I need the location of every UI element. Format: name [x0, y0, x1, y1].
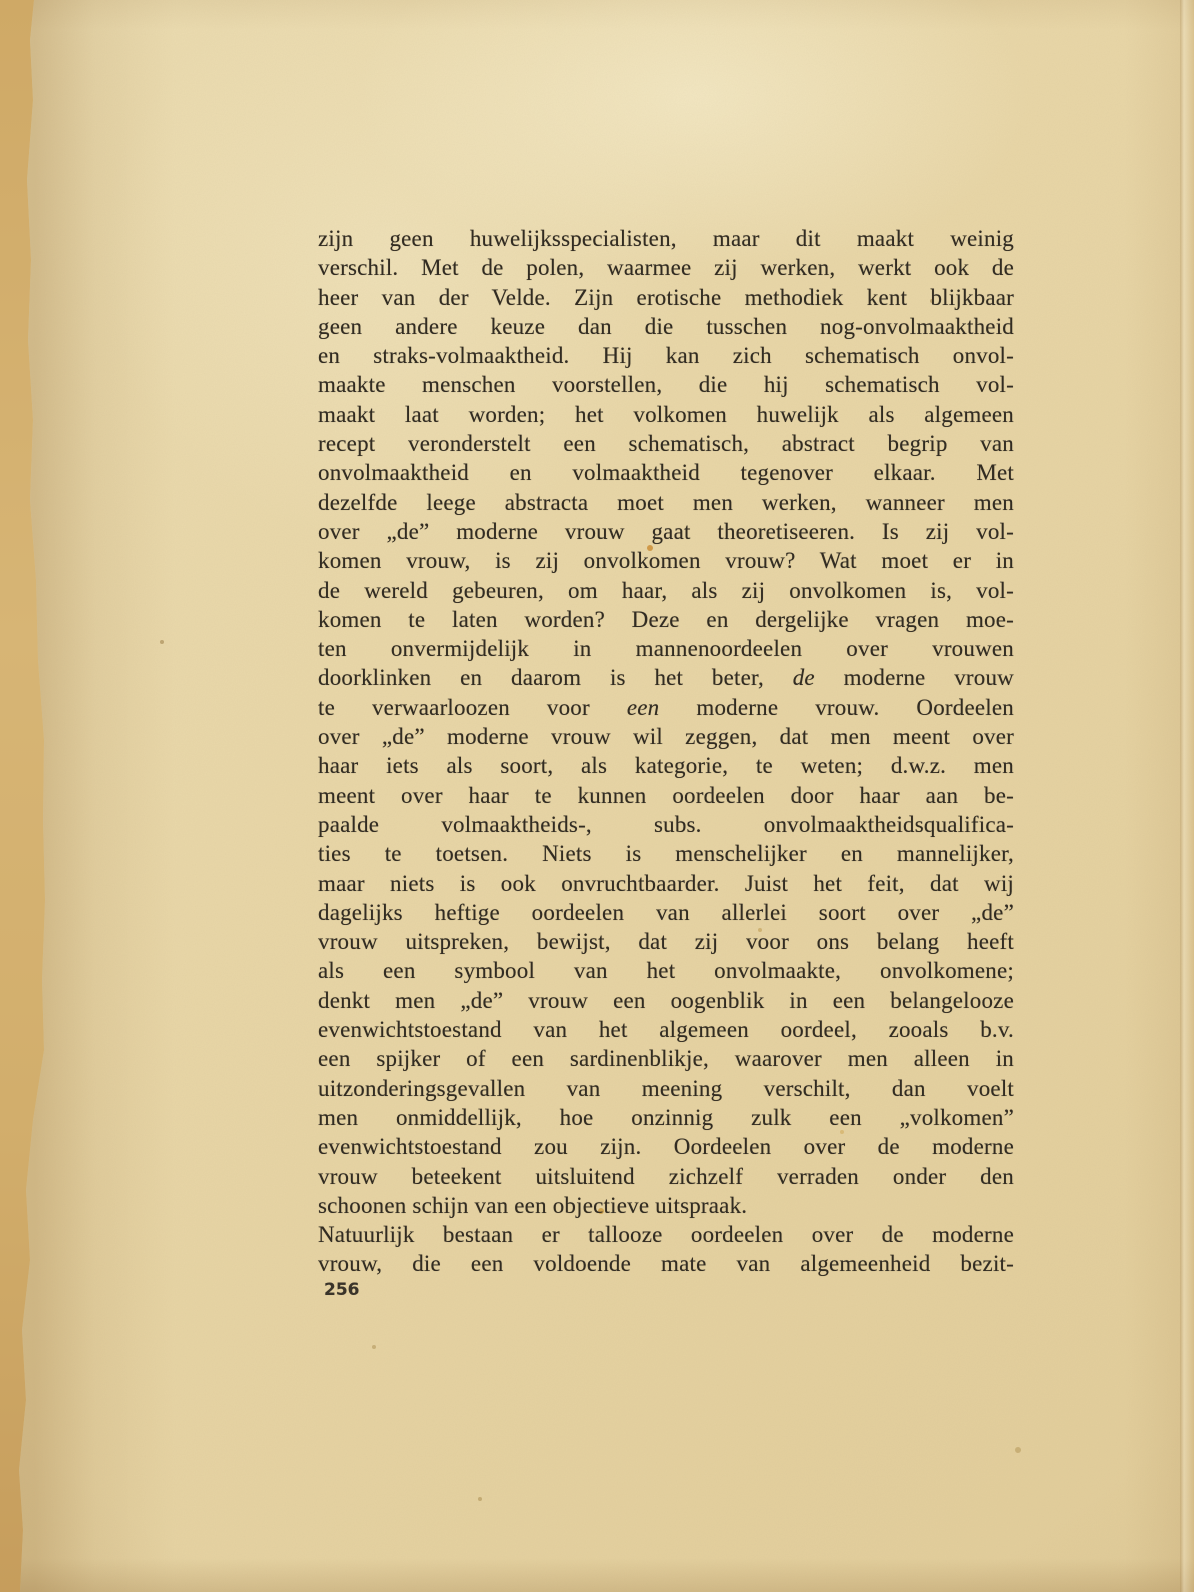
text-line: evenwichtstoestand zou zijn. Oordeelen o… — [318, 1132, 1014, 1161]
text-line: evenwichtstoestand van het algemeen oord… — [318, 1015, 1014, 1044]
text-line: vrouw, die een voldoende mate van algeme… — [318, 1249, 1014, 1278]
text-line: dezelfde leege abstracta moet men werken… — [318, 488, 1014, 517]
page-number: 256 — [324, 1280, 360, 1300]
text-line: zijn geen huwelijksspecialisten, maar di… — [318, 224, 1014, 253]
text-line: uitzonderingsgevallen van meening versch… — [318, 1074, 1014, 1103]
text-line: als een symbool van het onvolmaakte, onv… — [318, 956, 1014, 985]
text-line: komen te laten worden? Deze en dergelijk… — [318, 605, 1014, 634]
page-text: zijn geen huwelijksspecialisten, maar di… — [318, 224, 1014, 1279]
text-line: meent over haar te kunnen oordeelen door… — [318, 781, 1014, 810]
text-line: ties te toetsen. Niets is menschelijker … — [318, 839, 1014, 868]
text-line: komen vrouw, is zij onvolkomen vrouw? Wa… — [318, 546, 1014, 575]
fore-edge-crease — [1180, 0, 1194, 1592]
text-line: Natuurlijk bestaan er tallooze oordeelen… — [318, 1220, 1014, 1249]
text-line: maakt laat worden; het volkomen huwelijk… — [318, 400, 1014, 429]
text-line: maakte menschen voorstellen, die hij sch… — [318, 370, 1014, 399]
text-line: over „de” moderne vrouw wil zeggen, dat … — [318, 722, 1014, 751]
text-line: doorklinken en daarom is het beter, de m… — [318, 663, 1014, 692]
text-line: haar iets als soort, als kategorie, te w… — [318, 751, 1014, 780]
text-line: men onmiddellijk, hoe onzinnig zulk een … — [318, 1103, 1014, 1132]
text-line: verschil. Met de polen, waarmee zij werk… — [318, 253, 1014, 282]
text-line: vrouw beteekent uitsluitend zichzelf ver… — [318, 1162, 1014, 1191]
text-line: recept veronderstelt een schematisch, ab… — [318, 429, 1014, 458]
text-line: heer van der Velde. Zijn erotische metho… — [318, 283, 1014, 312]
text-line: onvolmaaktheid en volmaaktheid tegenover… — [318, 458, 1014, 487]
text-line: denkt men „de” vrouw een oogenblik in ee… — [318, 986, 1014, 1015]
text-line: de wereld gebeuren, om haar, als zij onv… — [318, 576, 1014, 605]
text-line: ten onvermijdelijk in mannenoordeelen ov… — [318, 634, 1014, 663]
text-line: een spijker of een sardinenblikje, waaro… — [318, 1044, 1014, 1073]
text-line: paalde volmaaktheids-, subs. onvolmaakth… — [318, 810, 1014, 839]
text-line: maar niets is ook onvruchtbaarder. Juist… — [318, 869, 1014, 898]
scanned-book-page: zijn geen huwelijksspecialisten, maar di… — [0, 0, 1194, 1592]
text-line: te verwaarloozen voor een moderne vrouw.… — [318, 693, 1014, 722]
page-surface: zijn geen huwelijksspecialisten, maar di… — [0, 0, 1194, 1592]
text-line: over „de” moderne vrouw gaat theoretisee… — [318, 517, 1014, 546]
text-line: dagelijks heftige oordeelen van allerlei… — [318, 898, 1014, 927]
text-line: en straks-volmaaktheid. Hij kan zich sch… — [318, 341, 1014, 370]
text-line: schoonen schijn van een objectieve uitsp… — [318, 1191, 1014, 1220]
text-line: vrouw uitspreken, bewijst, dat zij voor … — [318, 927, 1014, 956]
text-line: geen andere keuze dan die tusschen nog-o… — [318, 312, 1014, 341]
